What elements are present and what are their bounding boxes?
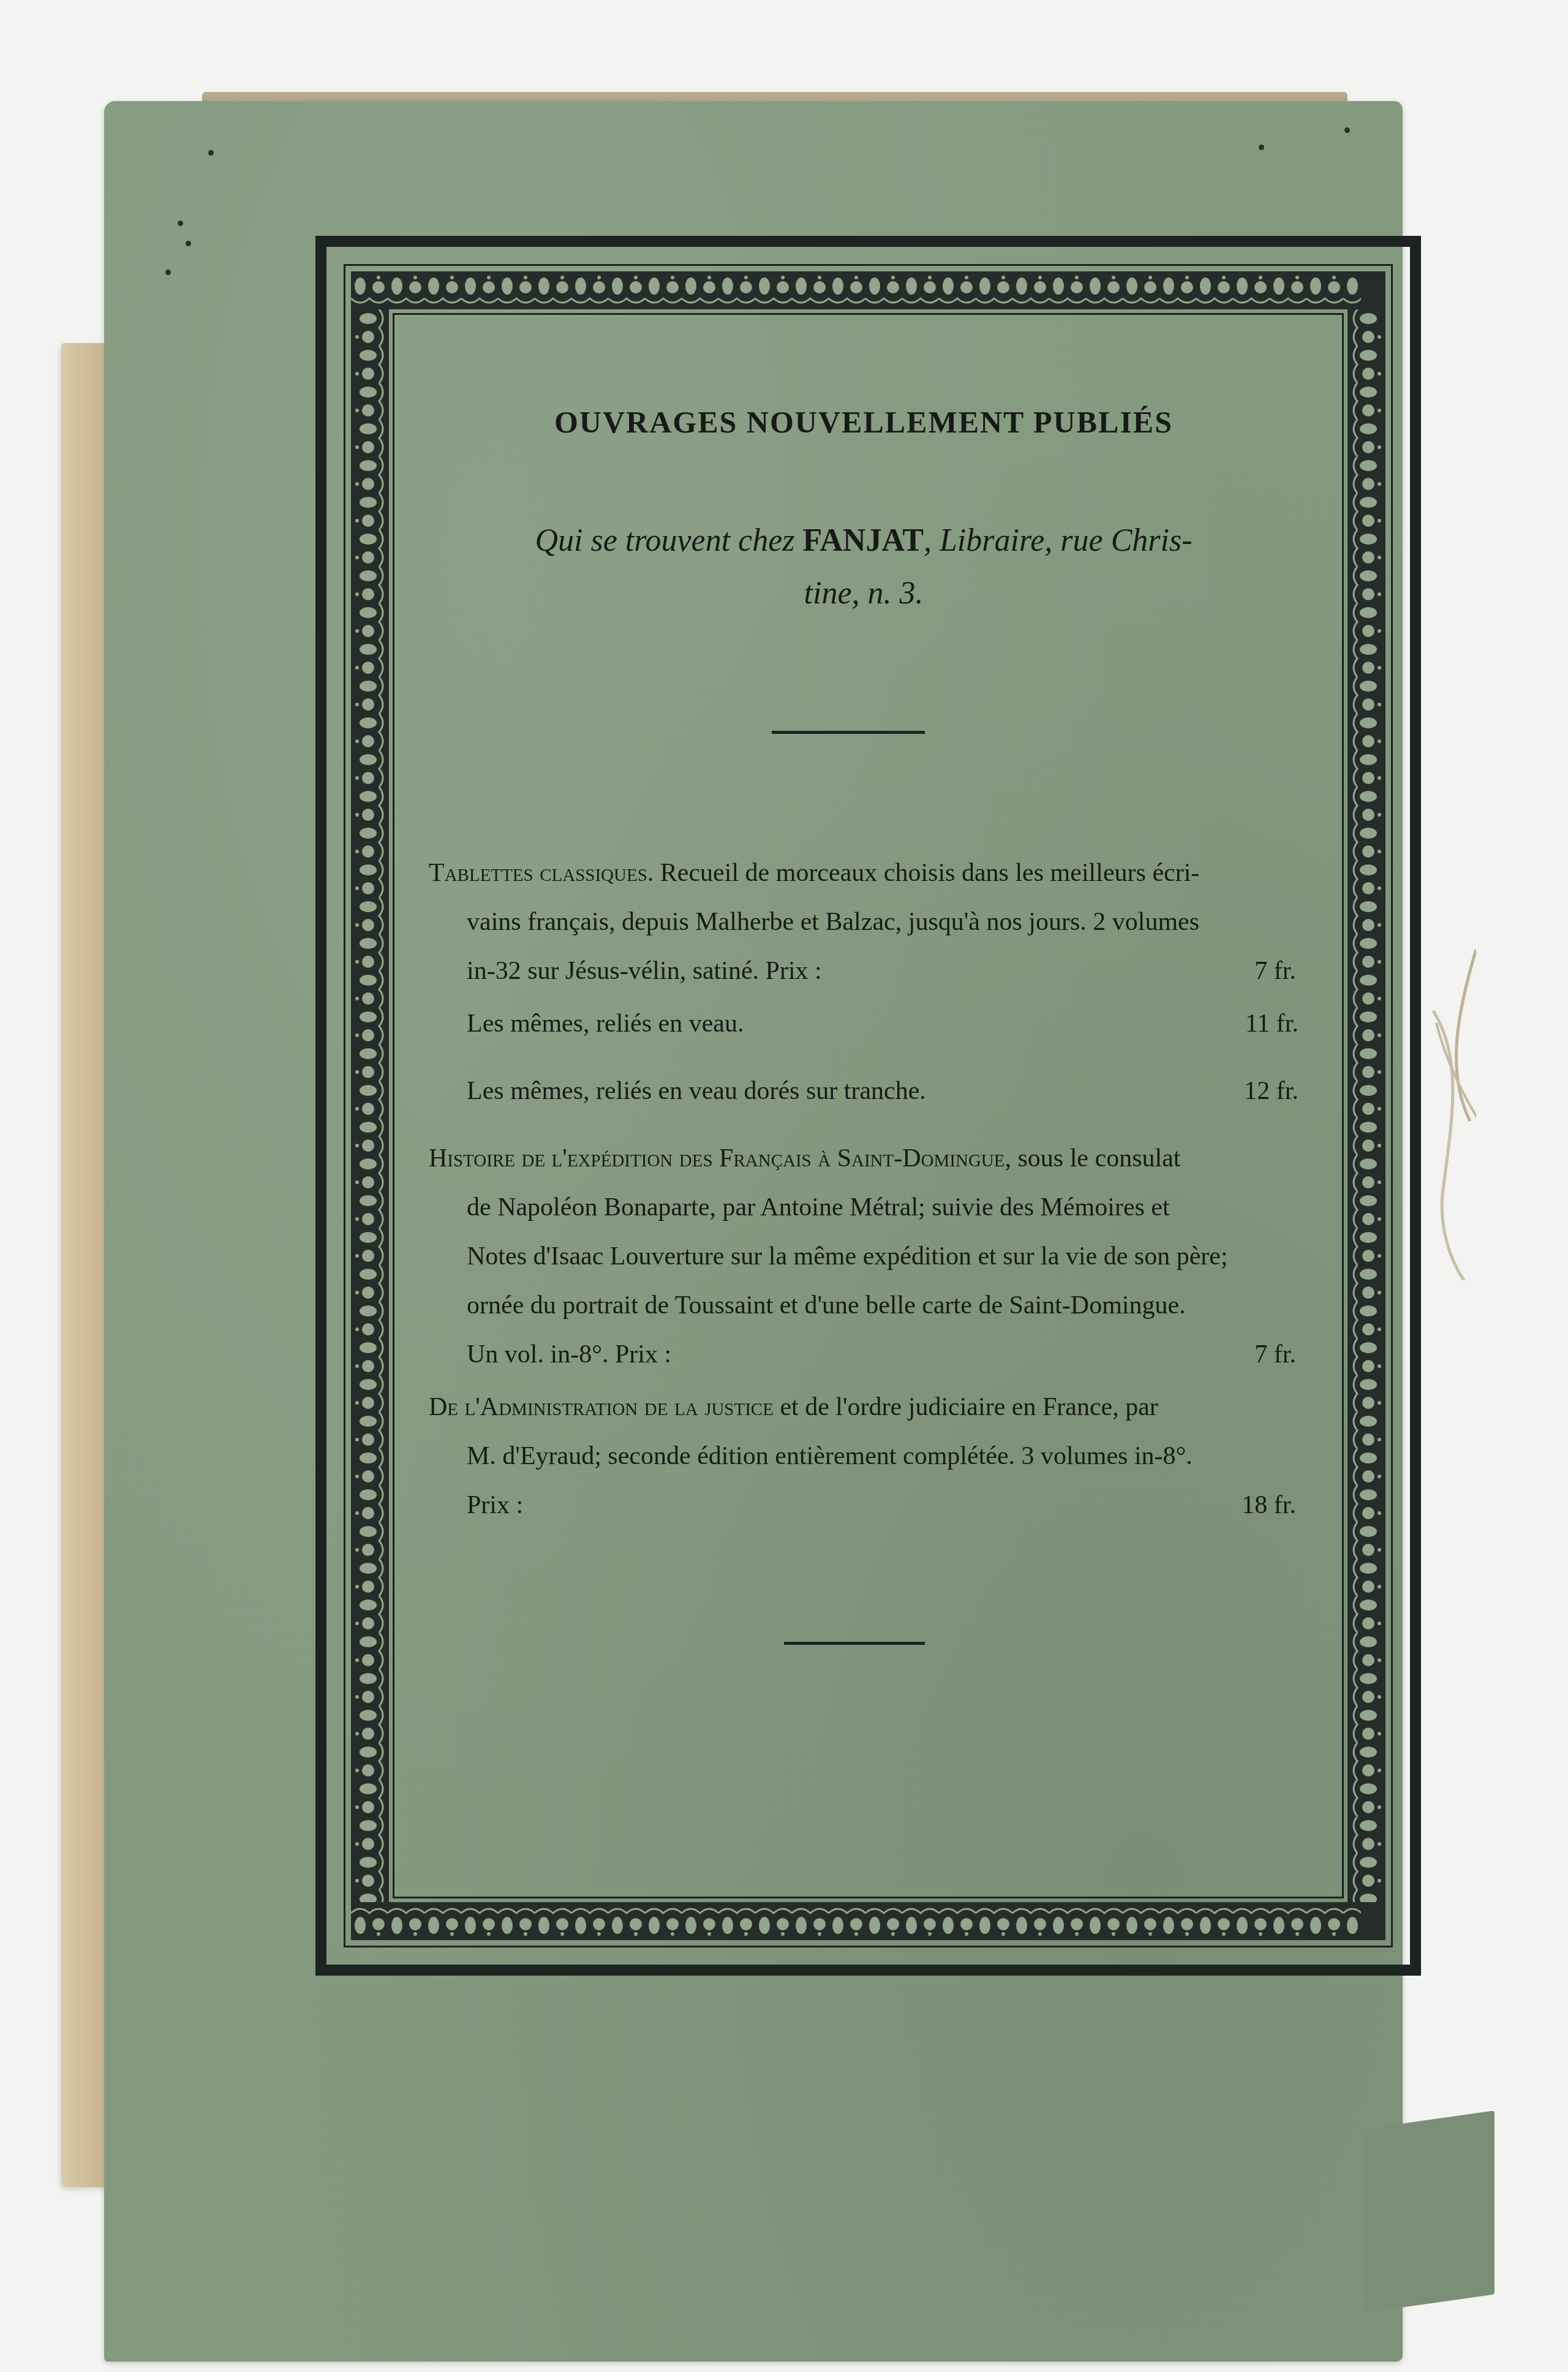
page-title: OUVRAGES NOUVELLEMENT PUBLIÉS bbox=[429, 404, 1298, 440]
separator-rule-top bbox=[772, 731, 925, 734]
entry-line: Notes d'Isaac Louverture sur la même exp… bbox=[429, 1232, 1298, 1281]
entry-line: de Napoléon Bonaparte, par Antoine Métra… bbox=[429, 1183, 1298, 1232]
entry-text: M. d'Eyraud; seconde édition entièrement… bbox=[467, 1432, 1193, 1481]
entry-price: 18 fr. bbox=[1242, 1481, 1298, 1530]
wormhole bbox=[186, 241, 191, 246]
book-entry: De l'Administration de la justice et de … bbox=[429, 1383, 1298, 1530]
entry-text: Notes d'Isaac Louverture sur la même exp… bbox=[467, 1232, 1228, 1281]
entry-line: Un vol. in-8°. Prix : 7 fr. bbox=[429, 1330, 1298, 1379]
entry-text: Un vol. in-8°. Prix : bbox=[467, 1330, 671, 1379]
entry-line: De l'Administration de la justice et de … bbox=[429, 1383, 1298, 1432]
entry-text: vains français, depuis Malherbe et Balza… bbox=[467, 897, 1199, 946]
entry-line: Tablettes classiques. Recueil de morceau… bbox=[429, 848, 1298, 897]
entry-line: in-32 sur Jésus-vélin, satiné. Prix : 7 … bbox=[429, 946, 1298, 995]
entry-text: Prix : bbox=[467, 1481, 523, 1530]
variant-price: 12 fr. bbox=[1244, 1067, 1298, 1116]
subtitle-prefix: Qui se trouvent chez bbox=[535, 523, 794, 558]
wormhole bbox=[208, 150, 214, 156]
entry-text: ornée du portrait de Toussaint et d'une … bbox=[467, 1281, 1186, 1330]
book-entry: Tablettes classiques. Recueil de morceau… bbox=[429, 848, 1298, 995]
entry-text: de Napoléon Bonaparte, par Antoine Métra… bbox=[467, 1183, 1170, 1232]
entry-line: ornée du portrait de Toussaint et d'une … bbox=[429, 1281, 1298, 1330]
entry-line: Prix : 18 fr. bbox=[429, 1481, 1298, 1530]
book-variant: Les mêmes, reliés en veau dorés sur tran… bbox=[429, 1067, 1298, 1116]
book-entry: Histoire de l'expédition des Français à … bbox=[429, 1134, 1298, 1379]
wormhole bbox=[165, 270, 171, 275]
wormhole bbox=[1259, 145, 1264, 150]
address-line-2: tine, n. 3. bbox=[429, 567, 1298, 620]
entry-price: 7 fr. bbox=[1254, 946, 1298, 995]
ornament-left-icon bbox=[351, 309, 389, 1902]
entry-text: sous le consulat bbox=[1018, 1144, 1181, 1173]
ornament-bottom-icon bbox=[351, 1902, 1361, 1940]
subtitle-suffix: , Libraire, rue Chris- bbox=[924, 523, 1193, 558]
entry-line: vains français, depuis Malherbe et Balza… bbox=[429, 897, 1298, 946]
variant-price: 11 fr. bbox=[1245, 999, 1298, 1048]
ornament-right-icon bbox=[1347, 309, 1385, 1902]
publisher-address: Qui se trouvent chez FANJAT, Libraire, r… bbox=[429, 515, 1298, 620]
entry-title: Histoire de l'expédition des Français à … bbox=[429, 1144, 1011, 1173]
entry-line: Histoire de l'expédition des Français à … bbox=[429, 1134, 1298, 1183]
entry-title: Tablettes classiques. bbox=[429, 859, 654, 887]
variant-text: Les mêmes, reliés en veau. bbox=[467, 999, 744, 1048]
entry-title: De l'Administration de la justice bbox=[429, 1393, 774, 1421]
bookseller-name: FANJAT bbox=[803, 523, 924, 558]
entry-text: in-32 sur Jésus-vélin, satiné. Prix : bbox=[467, 946, 822, 995]
entry-price: 7 fr. bbox=[1254, 1330, 1298, 1379]
book-list: Tablettes classiques. Recueil de morceau… bbox=[429, 848, 1298, 1533]
torn-corner-flap bbox=[1366, 2110, 1494, 2313]
wormhole bbox=[1344, 127, 1350, 133]
wormhole bbox=[178, 221, 183, 226]
book-variant: Les mêmes, reliés en veau. 11 fr. bbox=[429, 999, 1298, 1048]
separator-rule-bottom bbox=[784, 1642, 925, 1645]
entry-text: Recueil de morceaux choisis dans les mei… bbox=[660, 859, 1200, 887]
ornament-top-icon bbox=[351, 271, 1361, 309]
entry-text: et de l'ordre judiciaire en France, par bbox=[780, 1393, 1158, 1421]
entry-line: M. d'Eyraud; seconde édition entièrement… bbox=[429, 1432, 1298, 1481]
variant-text: Les mêmes, reliés en veau dorés sur tran… bbox=[467, 1067, 926, 1116]
